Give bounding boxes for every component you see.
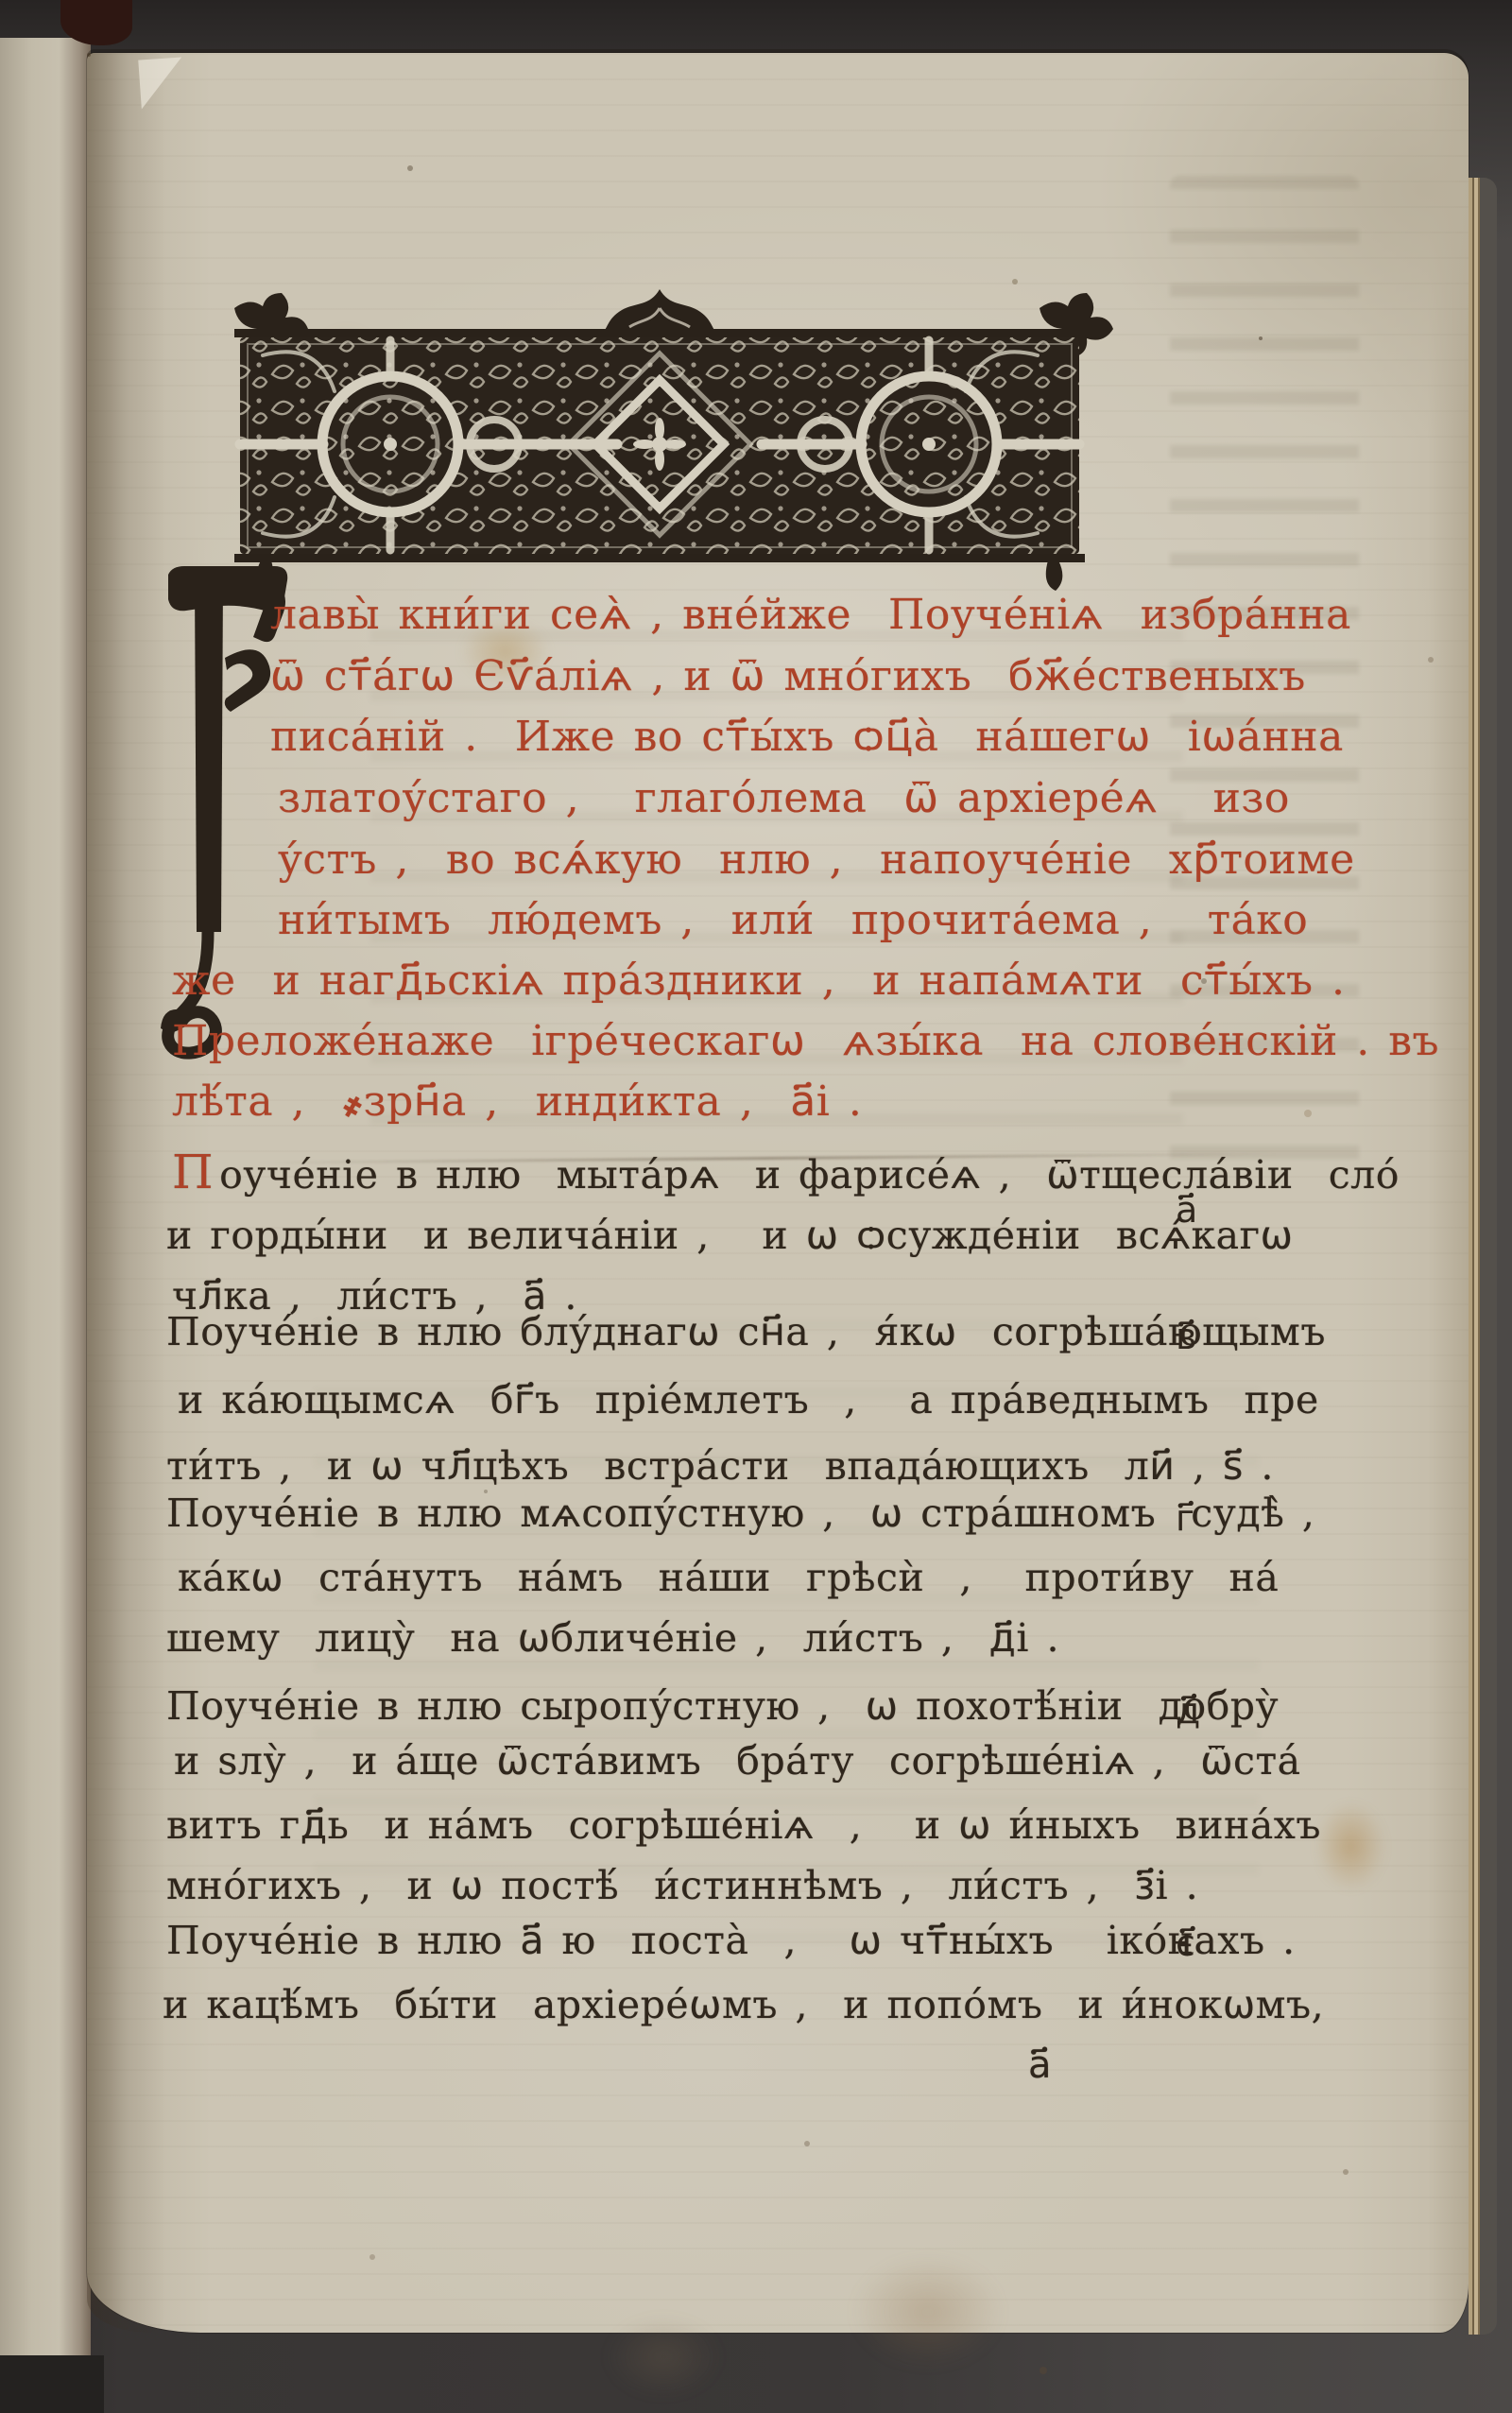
title-line-4: златоу́стаго , глаго́лема ѿ архіере́ѧ из… [278, 775, 1290, 823]
stain [1315, 1801, 1386, 1891]
backdrop-corner [0, 2355, 104, 2413]
title-line-8: Преложе́наже ігре́ческагѡ ѧзы́ка на слов… [172, 1018, 1439, 1066]
entry-3-line-2: ка́кѡ ста́нутъ на́мъ на́ши грѣсѝ , проти… [178, 1556, 1279, 1600]
entry-5-number: є҃ [1176, 1922, 1195, 1964]
entry-1-line-1: Поуче́ніе в нлю мыта́рѧ и фарисе́ѧ , ѿтщ… [172, 1146, 1400, 1200]
title-line-7: же и нагд҃ьскіѧ пра́здники , и напа́мѧти… [172, 957, 1346, 1006]
entry-1-initial: П [172, 1145, 214, 1199]
entry-4-line-3: витъ гд҃ь и на́мъ согрѣше́ніѧ , и ѡ и́ны… [166, 1803, 1321, 1848]
gutter-shadow [87, 53, 166, 2333]
entry-3-line-3: шему лицу̀ на ѡбличе́ніе , ли́стъ , д҃і … [166, 1616, 1059, 1661]
entry-4-line-1: Поуче́ніе в нлю сыропу́стную , ѡ похотѣ́… [166, 1684, 1279, 1729]
title-line-1: лавы̀ кни́ги сеѧ̀ , вне́йже Поуче́ніѧ из… [270, 592, 1351, 640]
title-line-9: лѣ́та , ҂зрн҃а , инди́кта , а҃і . [172, 1078, 862, 1127]
headpiece-ornament [225, 284, 1094, 573]
entry-1-line-2: и горды́ни и велича́ніи , и ѡ ѻсужде́ніи… [166, 1214, 1293, 1258]
entry-3-number: г҃ [1176, 1497, 1194, 1539]
page-corner-fold [138, 57, 185, 109]
title-line-5: у́стъ , во всѧ́кую нлю , напоуче́ніе хр҃… [278, 836, 1355, 885]
signature-mark: а҃ [1028, 2043, 1052, 2087]
entry-4-number: д҃ [1176, 1690, 1200, 1732]
stain [852, 2255, 1004, 2369]
entry-3-line-1: Поуче́ніе в нлю мѧсопу́стную , ѡ стра́шн… [166, 1491, 1314, 1536]
entry-1-number: а҃ [1176, 1189, 1197, 1231]
title-line-3: писа́ній . Иже во ст҃ы́хъ ѻц҃а̀ на́шегѡ … [270, 714, 1344, 762]
entry-2-number: в҃ [1176, 1316, 1196, 1357]
stain [607, 2317, 720, 2397]
fore-edge-pages [1469, 178, 1497, 2335]
entry-4-line-2: и ѕлу̀ , и а́ще ѿста́вимъ бра́ту согрѣше… [174, 1739, 1301, 1784]
entry-2-line-3: ти́тъ , и ѡ чл҃цѣхъ встра́сти впада́ющих… [166, 1444, 1274, 1489]
title-line-6: ни́тымъ лю́демъ , или́ прочита́ема , та́… [278, 897, 1308, 945]
title-line-2: ѿ ст҃а́гѡ Єѵ҃а́ліѧ , и ѿ мно́гихъ бж҃е́с… [270, 653, 1306, 701]
entry-4-line-4: мно́гихъ , и ѡ постѣ́ и́стиннѣмъ , ли́ст… [166, 1864, 1198, 1908]
entry-5-line-2: и кацѣ́мъ бы́ти архіере́ѡмъ , и попо́мъ … [163, 1983, 1324, 2027]
entry-5-line-1: Поуче́ніе в нлю а҃ ю поста̀ , ѡ чт҃ны́хъ… [166, 1919, 1296, 1963]
flyleaf-edge [0, 38, 91, 2387]
entry-2-line-2: и ка́ющымсѧ бг҃ъ пріе́млетъ , а пра́ведн… [178, 1378, 1319, 1422]
entry-2-line-1: Поуче́ніе в нлю блу́днагѡ сн҃а , я́кѡ со… [166, 1310, 1326, 1354]
photo-backdrop: лавы̀ кни́ги сеѧ̀ , вне́йже Поуче́ніѧ из… [0, 0, 1512, 2413]
